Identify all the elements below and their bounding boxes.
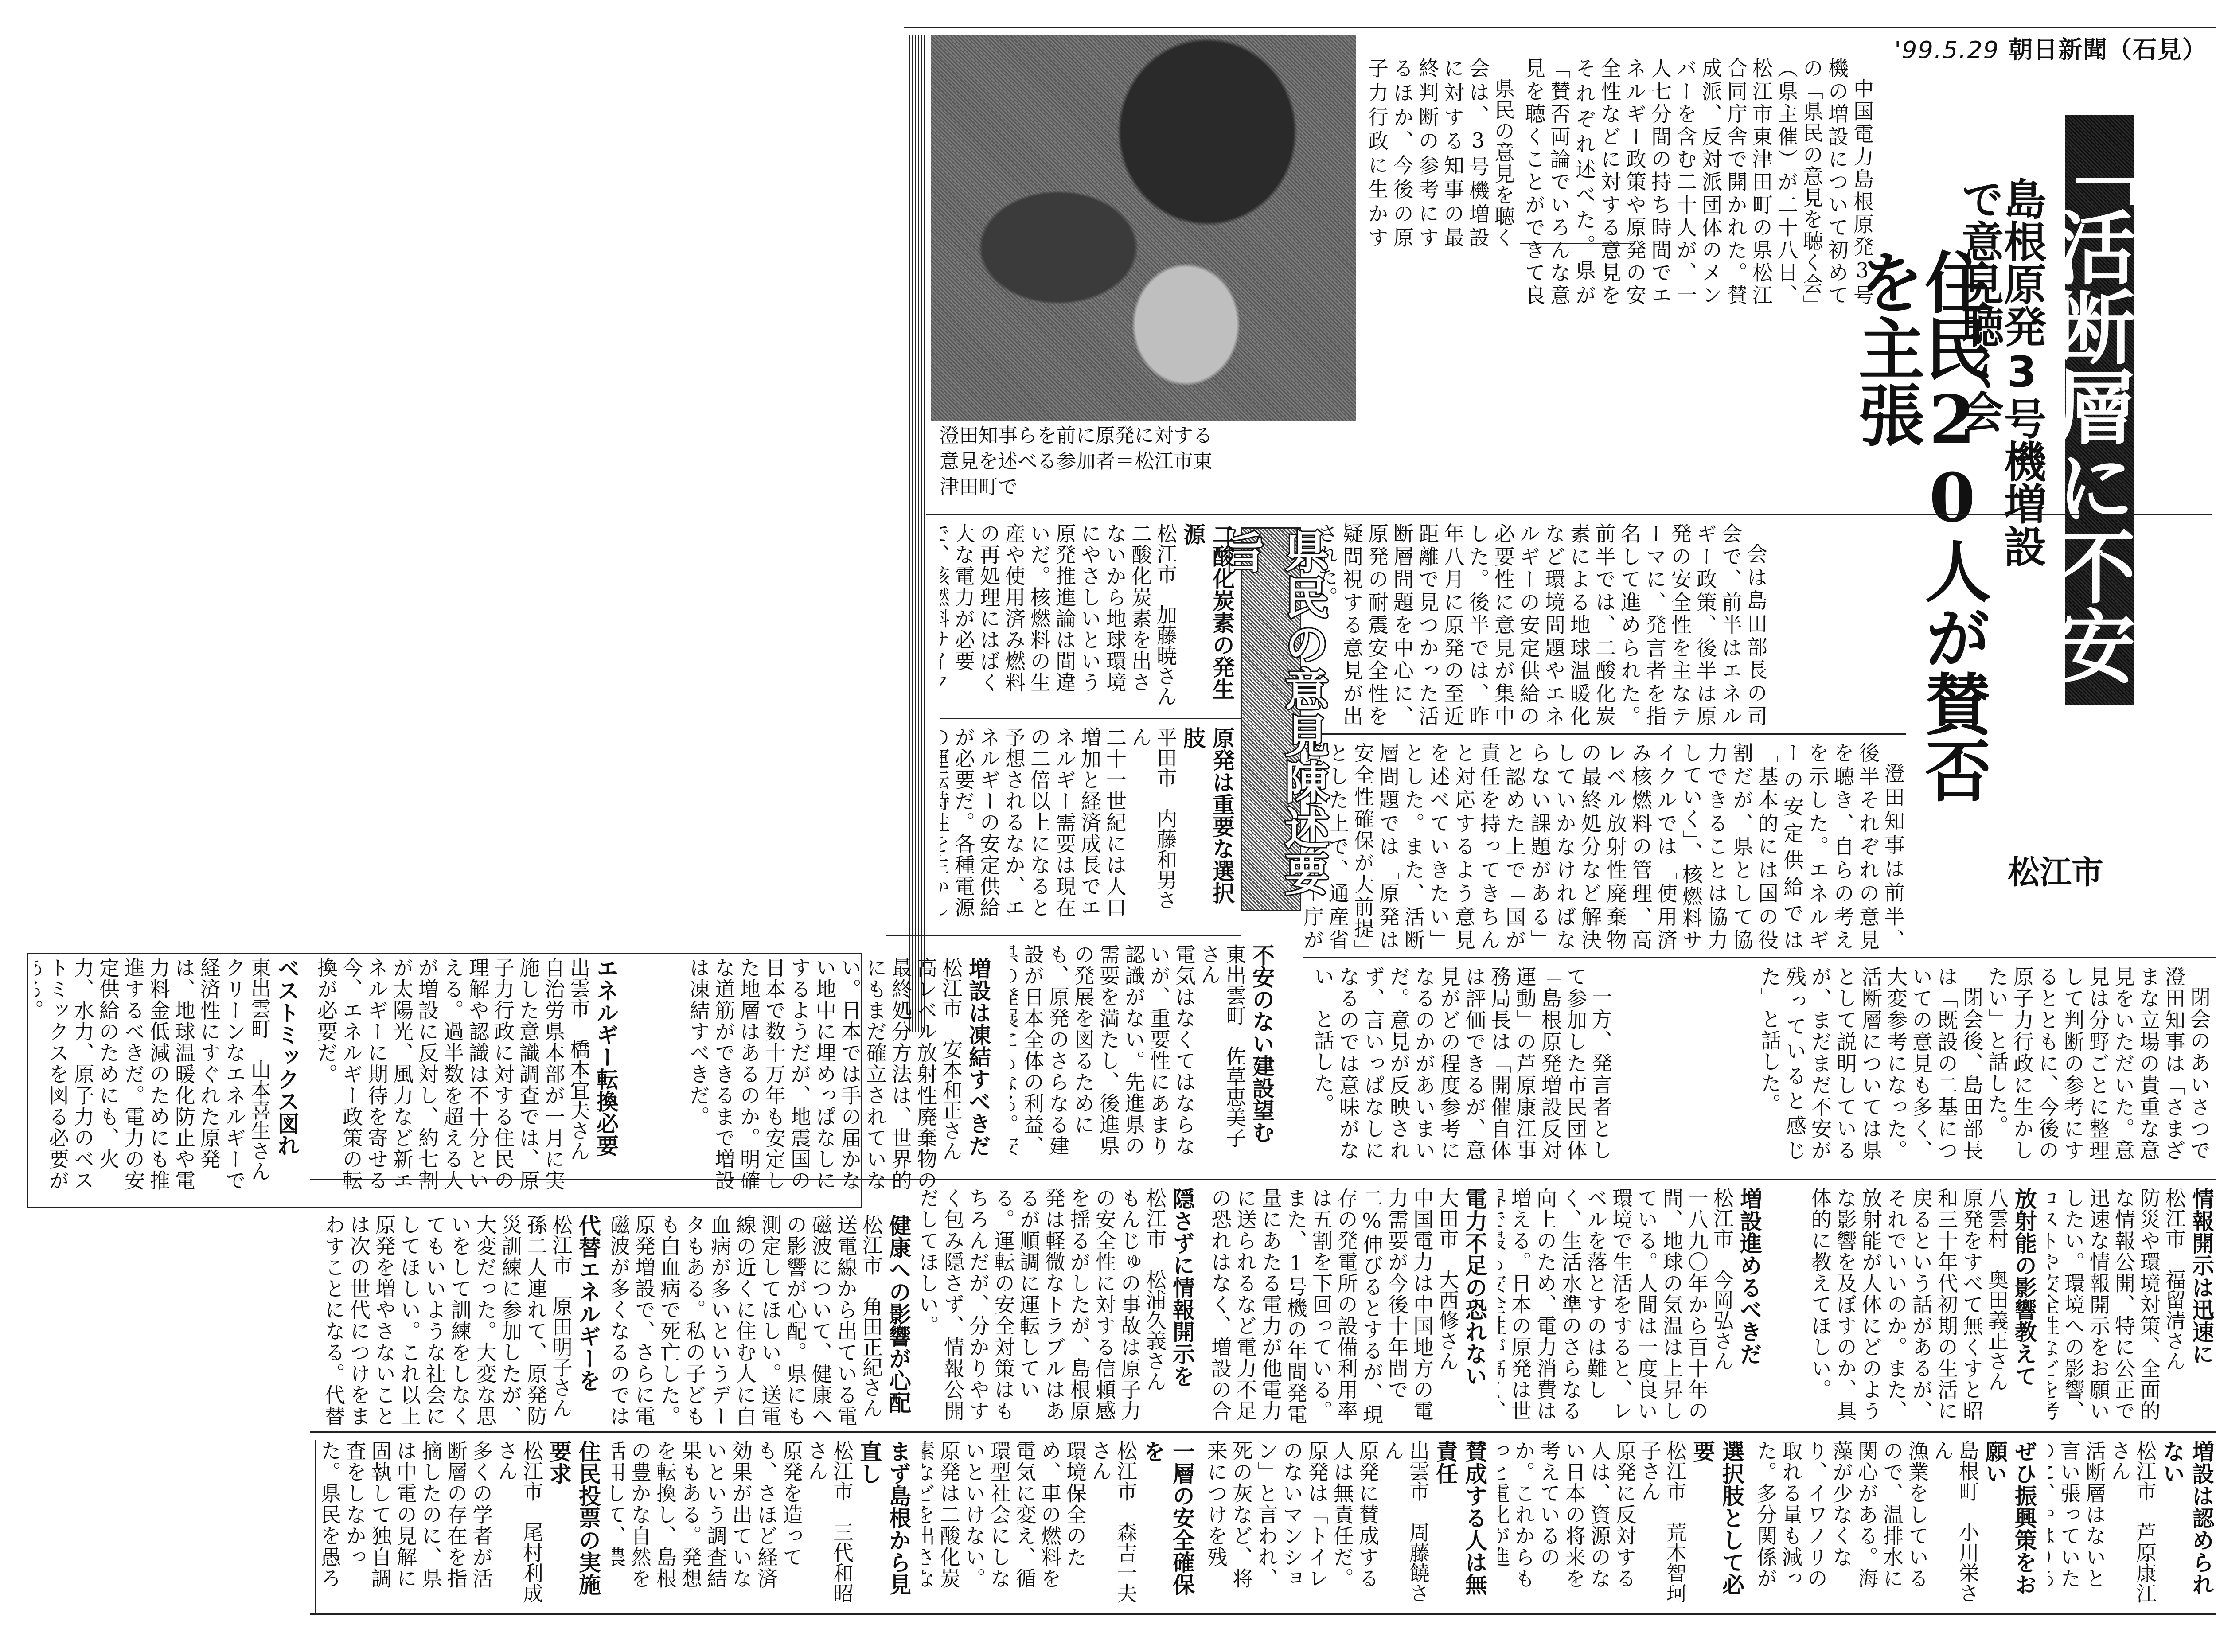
news-photo xyxy=(931,35,1356,421)
divider-bottom-top xyxy=(310,1179,2216,1180)
date-note: '99.5.29 xyxy=(1894,36,1999,64)
lead-article-6: 閉会のあいさつで澄田知事は「さまざまな立場の貴重な意見をいただいた。意見は分野ご… xyxy=(1618,966,2212,1161)
opinion-option-needed: 選択肢として必要 松江市 荒木智珂子さん 原発に反対する人は、資源のない日本の将… xyxy=(1498,1440,1746,1609)
lead-paragraph-5: 閉会のあいさつで澄田知事は「さまざまな立場の貴重な意見をいただいた。意見は分野ご… xyxy=(1984,966,2212,1161)
opinion-more-safety: 一層の安全確保を 松江市 森吉一夫さん 環境保全のため、車の燃料を電気に変え、循… xyxy=(922,1440,1197,1609)
opinion-alternative: 代替エネルギーを 松江市 原田明子さん 孫二人連れて、原発防災訓練に参加したが、… xyxy=(319,1214,603,1427)
opinion-promotion-measures: ぜひ振興策をお願い 島根町 小川栄さん 漁業をしているので、温排水に関心がある。… xyxy=(1755,1440,2039,1609)
bottom-left-bracket xyxy=(315,1440,316,1613)
deck-headline: 住民20人が賛否を主張 xyxy=(1910,248,1986,824)
lead-paragraph-6: 閉会後、島田部長は「既設の二基についての意見も多く、大変参考になった。活断層につ… xyxy=(1757,966,1984,1161)
section-banner: 県民の意見陳述要旨 xyxy=(1241,527,1301,911)
lead-article: 中国電力島根原発3号機の増設について初めての「県民の意見を聴く会」（県主催）が二… xyxy=(1520,58,1875,306)
opinion-radiation: 放射能の影響教えて 八雲村 奥田義正さん 原発をすべて無くすと昭和三十年代初期の… xyxy=(1773,1188,2039,1427)
opinion-not-approved: 増設は認められない 松江市 芦原康江さん 活断層はないと言い張っていたのに、やは… xyxy=(2048,1440,2216,1609)
opinion-no-anxiety: 不安のない建設望む 東出雲町 佐草恵美子さん 電気はなくてはならないが、重要性に… xyxy=(1010,944,1276,1165)
opinion-freeze: 増設は凍結すべきだ 松江市 安本和正さん 高レベル放射性廃棄物の最終処分方法は、… xyxy=(629,957,993,1201)
opinion-referendum: 住民投票の実施要求 松江市 尾村利成さん 多くの学者が活断層の存在を指摘したのに… xyxy=(319,1440,603,1609)
opinion-no-shortage: 電力不足の恐れない 大田市 大西修さん 中国電力は中国地方の電力需要が今後十年間… xyxy=(1206,1188,1489,1427)
opinion-co2: 二酸化炭素の発生源 松江市 加藤暁さん 二酸化炭素を出さないから地球環境にやさし… xyxy=(940,523,1237,713)
opinion-transparency: 隠さずに情報開示を 松江市 松浦久義さん もんじゅの事故は原子力の安全性に対する… xyxy=(922,1188,1197,1427)
divider-op-1 xyxy=(940,718,1241,719)
place-label: 松江市 xyxy=(2008,846,2103,892)
opinion-option: 原発は重要な選択肢 平田市 内藤和男さん 二十一世紀には人口増加と経済成長でエネ… xyxy=(940,727,1237,922)
top-border xyxy=(904,27,2216,28)
lead-paragraph-1: 中国電力島根原発3号機の増設について初めての「県民の意見を聴く会」（県主催）が二… xyxy=(1520,58,1875,306)
opinion-health: 健康への影響が心配 松江市 角田正紀さん 送電線から出ている電磁波について、健康… xyxy=(612,1214,913,1427)
opinion-irresponsible: 賛成する人は無責任 出雲市 周藤饒さん 原発に賛成する人は無責任だ。原発は「トイ… xyxy=(1206,1440,1489,1609)
newspaper-name: 朝日新聞（石見） xyxy=(2009,36,2207,64)
subheadline: 島根原発3号機増設で意見聴く会 xyxy=(1994,177,2043,576)
photo-caption: 澄田知事らを前に原発に対する意見を述べる参加者＝松江市東津田町で xyxy=(940,423,1214,500)
lead-divider xyxy=(1520,243,1635,244)
lead-paragraph-3: 会は島田部長の司会で、前半はエネルギー政策、後半は原発の安全性を主なテーマに、発… xyxy=(1314,523,1768,727)
opinion-energy-shift: エネルギー転換必要 出雲市 橋本宜夫さん 自治労県本部が一月に実施した意識調査で… xyxy=(310,957,620,1201)
opinion-review-shimane: まず島根から見直し 松江市 三代和昭さん 原発を造っても、さほど経済効果が出てい… xyxy=(612,1440,913,1609)
opinion-promote: 増設進めるべきだ 松江市 今岡弘さん 一八九〇年から百十年の間、地球の気温は上昇… xyxy=(1498,1188,1764,1427)
lead-article-3: 会は島田部長の司会で、前半はエネルギー政策、後半は原発の安全性を主なテーマに、発… xyxy=(1303,523,1768,727)
lead-article-2: 県民の意見を聴く会は、3号機増設に対する知事の最終判断の参考にするほか、今後の原… xyxy=(1365,58,1516,248)
lead-article-4: 澄田知事は前半、後半それぞれの意見を聴き、自らの考えを示した。エネルギーの安定供… xyxy=(1303,742,1906,951)
divider-bottom-end xyxy=(310,1613,2216,1615)
lead-paragraph-7: 一方、発言者として参加した市民団体「島根原発増設反対運動」の芦原康江事務局長は「… xyxy=(1310,966,1613,1161)
main-headline: 「活断層に不安残る」 xyxy=(2065,115,2134,705)
opinion-info-disclosure: 情報開示は迅速に 松江市 福留清さん 防災や環境対策、全面的な情報公開、特に公正… xyxy=(2048,1188,2216,1427)
divider-op-2 xyxy=(886,935,1241,936)
lead-article-7: 一方、発言者として参加した市民団体「島根原発増設反対運動」の芦原康江事務局長は「… xyxy=(1303,966,1613,1161)
divider-middle-2 xyxy=(1303,733,1906,735)
lead-paragraph-2: 県民の意見を聴く会は、3号機増設に対する知事の最終判断の参考にするほか、今後の原… xyxy=(1365,58,1516,248)
divider-middle-top xyxy=(926,514,2212,515)
divider-middle-3 xyxy=(1303,957,2216,958)
divider-bottom-mid xyxy=(310,1431,2216,1433)
lead-paragraph-4: 澄田知事は前半、後半それぞれの意見を聴き、自らの考えを示した。エネルギーの安定供… xyxy=(1303,742,1906,951)
scan-edge xyxy=(909,35,926,1032)
opinion-best-mix: ベストミックス図れ 東出雲町 山本喜生さん クリーンなエネルギーで経済性にすぐれ… xyxy=(35,957,301,1201)
